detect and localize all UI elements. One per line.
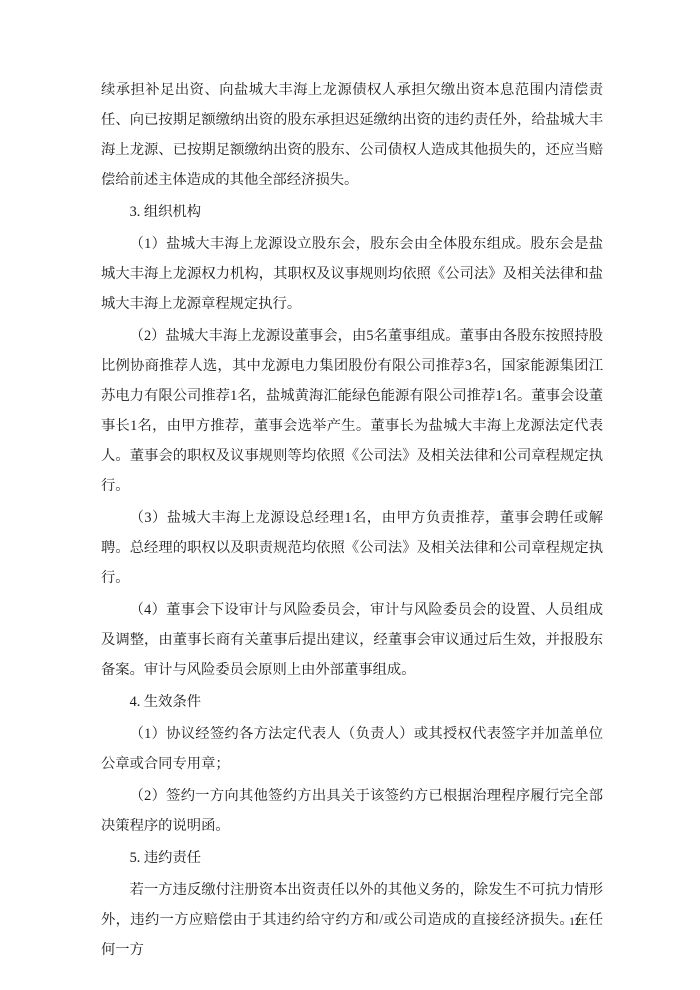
paragraph-board-of-directors: （2）盐城大丰海上龙源设董事会，由5名董事组成。董事由各股东按照持股比例协商推荐…: [101, 321, 603, 501]
paragraph-breach-compensation: 若一方违反缴付注册资本出资责任以外的其他义务的，除发生不可抗力情形外，违约一方应…: [101, 875, 603, 965]
paragraph-signature-seal: （1）协议经签约各方法定代表人（负责人）或其授权代表签字并加盖单位公章或合同专用…: [101, 719, 603, 779]
document-body: 续承担补足出资、向盐城大丰海上龙源债权人承担欠缴出资本息范围内清偿责任、向已按期…: [101, 75, 603, 967]
page-number: 12: [569, 914, 581, 928]
paragraph-audit-risk-committee: （4）董事会下设审计与风险委员会，审计与风险委员会的设置、人员组成及调整，由董事…: [101, 595, 603, 685]
paragraph-governance-letter: （2）签约一方向其他签约方出具关于该签约方已根据治理程序履行完全部决策程序的说明…: [101, 781, 603, 841]
section-heading-effective-conditions: 4. 生效条件: [101, 687, 603, 717]
paragraph-shareholders-meeting: （1）盐城大丰海上龙源设立股东会，股东会由全体股东组成。股东会是盐城大丰海上龙源…: [101, 229, 603, 319]
section-heading-breach-liability: 5. 违约责任: [101, 843, 603, 873]
section-heading-organization: 3. 组织机构: [101, 197, 603, 227]
document-page: 续承担补足出资、向盐城大丰海上龙源债权人承担欠缴出资本息范围内清偿责任、向已按期…: [0, 0, 700, 990]
paragraph-liability-continuation: 续承担补足出资、向盐城大丰海上龙源债权人承担欠缴出资本息范围内清偿责任、向已按期…: [101, 75, 603, 195]
paragraph-general-manager: （3）盐城大丰海上龙源设总经理1名，由甲方负责推荐，董事会聘任或解聘。总经理的职…: [101, 503, 603, 593]
